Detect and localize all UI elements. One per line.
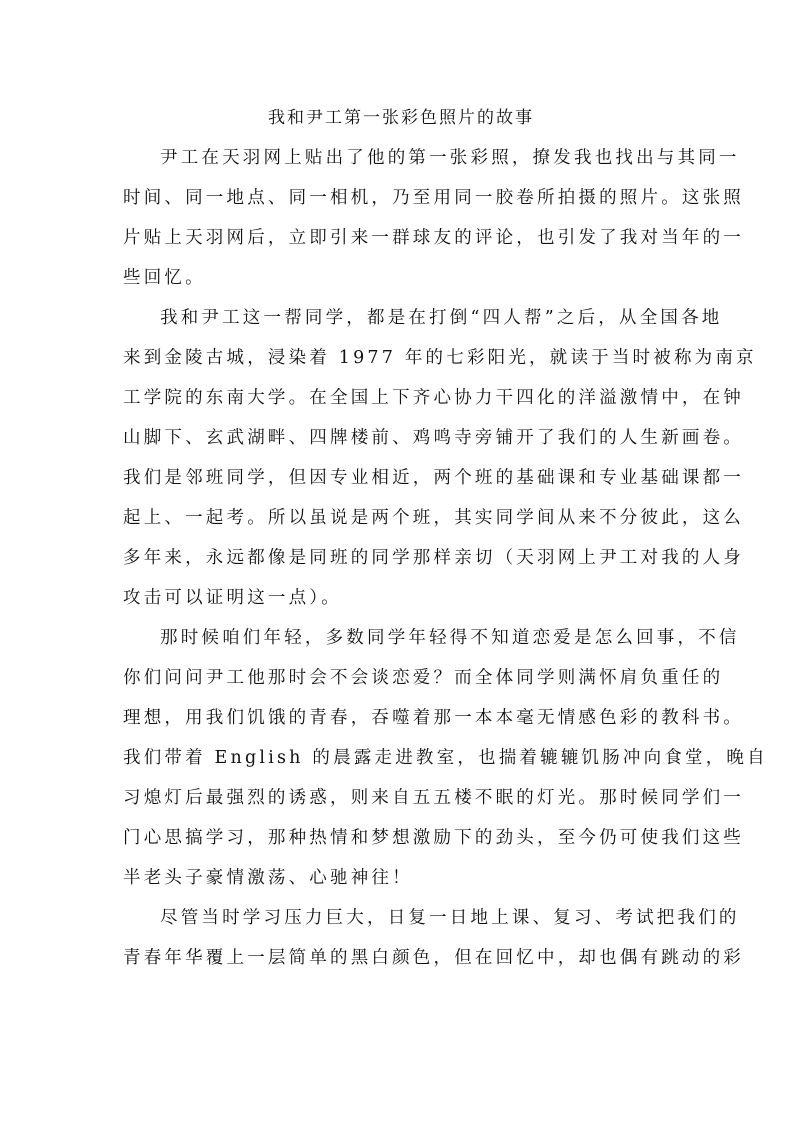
text-line: 理想，用我们饥饿的青春，吞噬着那一本本毫无情感色彩的教科书。 bbox=[123, 698, 679, 738]
paragraph-2: 我和尹工这一帮同学，都是在打倒“四人帮”之后，从全国各地 来到金陵古城，浸染着 … bbox=[123, 298, 679, 618]
text-line: 多年来，永远都像是同班的同学那样亲切（天羽网上尹工对我的人身 bbox=[123, 538, 679, 578]
text-line: 那时候咱们年轻，多数同学年轻得不知道恋爱是怎么回事，不信 bbox=[123, 618, 679, 658]
document-title: 我和尹工第一张彩色照片的故事 bbox=[123, 104, 679, 132]
text-line: 些回忆。 bbox=[123, 258, 679, 298]
text-line: 青春年华覆上一层简单的黑白颜色，但在回忆中，却也偶有跳动的彩 bbox=[123, 938, 679, 978]
text-line: 习熄灯后最强烈的诱惑，则来自五五楼不眠的灯光。那时候同学们一 bbox=[123, 778, 679, 818]
text-line: 尹工在天羽网上贴出了他的第一张彩照，撩发我也找出与其同一 bbox=[123, 138, 679, 178]
text-line: 你们问问尹工他那时会不会谈恋爱？而全体同学则满怀肩负重任的 bbox=[123, 658, 679, 698]
text-line: 起上、一起考。所以虽说是两个班，其实同学间从来不分彼此，这么 bbox=[123, 498, 679, 538]
paragraph-1: 尹工在天羽网上贴出了他的第一张彩照，撩发我也找出与其同一 时间、同一地点、同一相… bbox=[123, 138, 679, 298]
text-line: 尽管当时学习压力巨大，日复一日地上课、复习、考试把我们的 bbox=[123, 898, 679, 938]
text-line: 我们带着 English 的晨露走进教室，也揣着辘辘饥肠冲向食堂，晚自 bbox=[123, 738, 679, 778]
paragraph-4: 尽管当时学习压力巨大，日复一日地上课、复习、考试把我们的 青春年华覆上一层简单的… bbox=[123, 898, 679, 978]
paragraph-3: 那时候咱们年轻，多数同学年轻得不知道恋爱是怎么回事，不信 你们问问尹工他那时会不… bbox=[123, 618, 679, 898]
text-line: 工学院的东南大学。在全国上下齐心协力干四化的洋溢激情中，在钟 bbox=[123, 378, 679, 418]
text-line: 我和尹工这一帮同学，都是在打倒“四人帮”之后，从全国各地 bbox=[123, 298, 679, 338]
text-line: 门心思搞学习，那种热情和梦想激励下的劲头，至今仍可使我们这些 bbox=[123, 818, 679, 858]
text-line: 时间、同一地点、同一相机，乃至用同一胶卷所拍摄的照片。这张照 bbox=[123, 178, 679, 218]
text-line: 我们是邻班同学，但因专业相近，两个班的基础课和专业基础课都一 bbox=[123, 458, 679, 498]
text-line: 片贴上天羽网后，立即引来一群球友的评论，也引发了我对当年的一 bbox=[123, 218, 679, 258]
text-line: 攻击可以证明这一点）。 bbox=[123, 578, 679, 618]
text-line: 来到金陵古城，浸染着 1977 年的七彩阳光，就读于当时被称为南京 bbox=[123, 338, 679, 378]
text-line: 山脚下、玄武湖畔、四牌楼前、鸡鸣寺旁铺开了我们的人生新画卷。 bbox=[123, 418, 679, 458]
text-line: 半老头子豪情激荡、心驰神往！ bbox=[123, 858, 679, 898]
document-page: 我和尹工第一张彩色照片的故事 尹工在天羽网上贴出了他的第一张彩照，撩发我也找出与… bbox=[123, 104, 679, 978]
